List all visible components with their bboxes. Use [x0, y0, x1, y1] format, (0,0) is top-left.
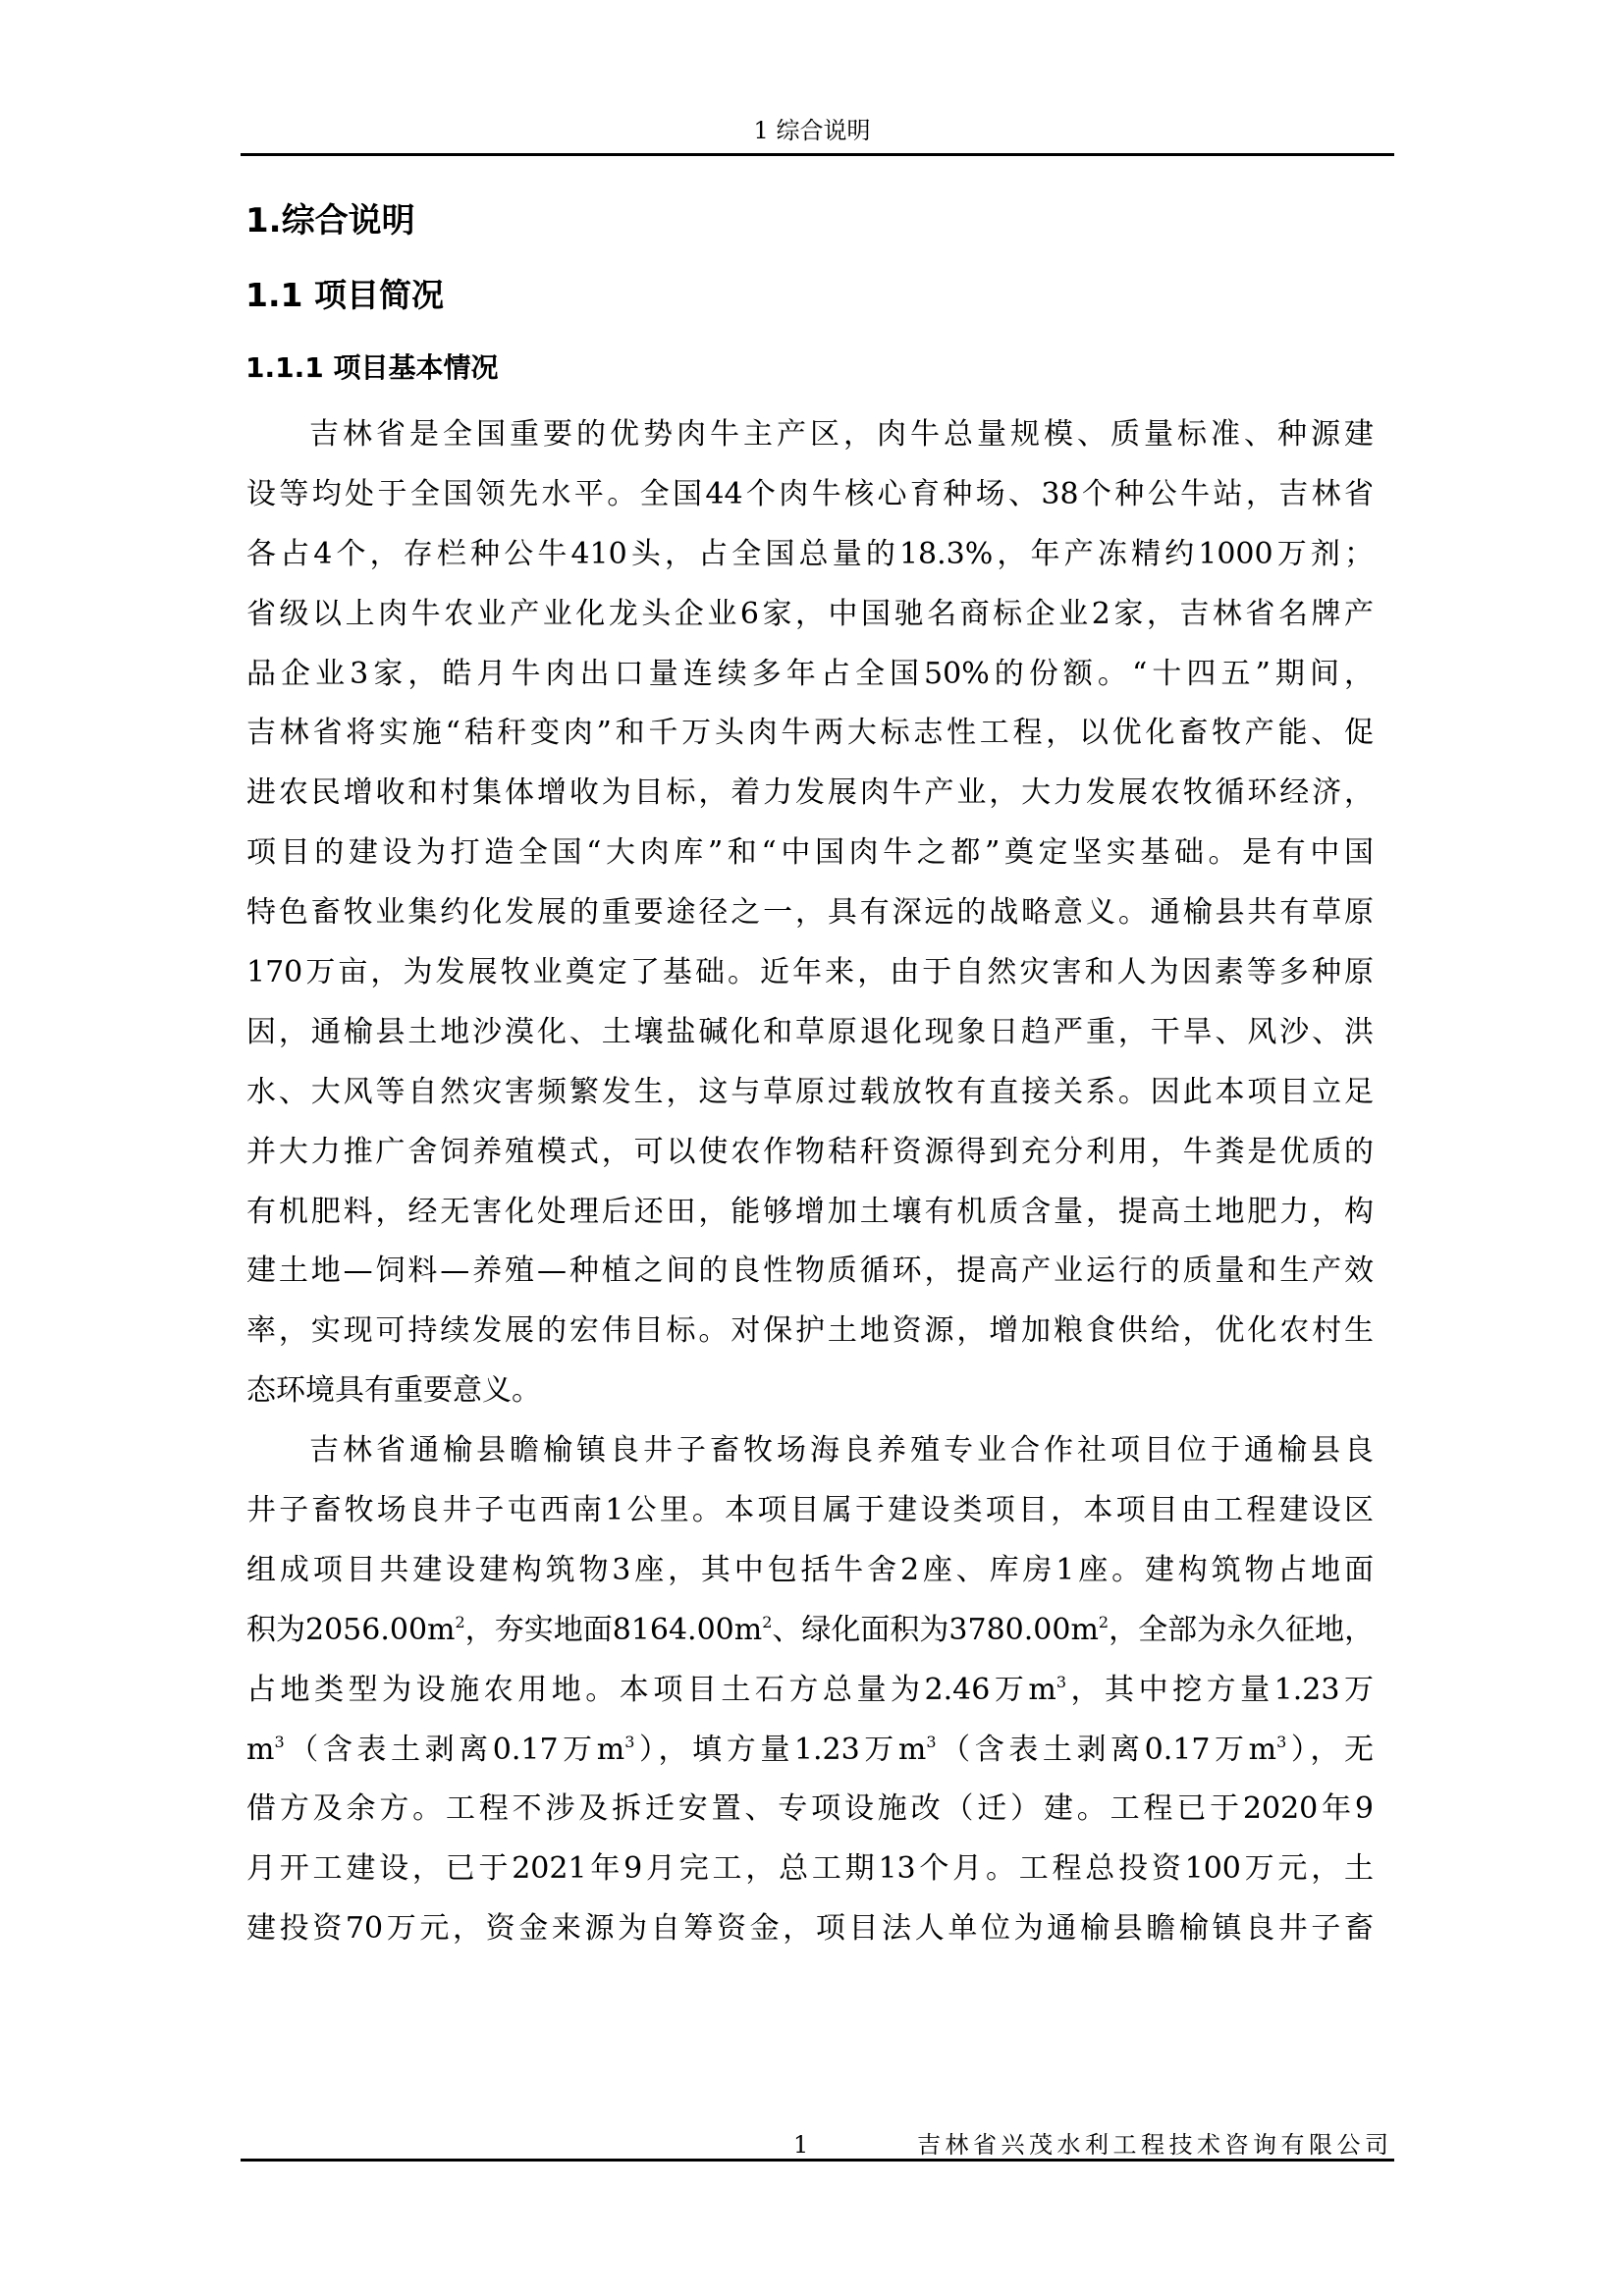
area-value: 3780.00m — [948, 1613, 1099, 1647]
text-line: 组成项目共建设建构筑物3座，其中包括牛舍2座、库房1座。建构筑物占地面 — [246, 1541, 1374, 1601]
text-span: ，其中挖方量1.23万 — [1066, 1673, 1374, 1707]
chapter-heading: 1.综合说明 — [245, 199, 415, 242]
text-span: 、绿化面积为 — [772, 1613, 948, 1647]
text-line: 特色畜牧业集约化发展的重要途径之一，具有深远的战略意义。通榆县共有草原 — [246, 883, 1374, 943]
text-line: 各占4个，存栏种公牛410头，占全国总量的18.3%，年产冻精约1000万剂； — [246, 525, 1374, 585]
text-line: 170万亩，为发展牧业奠定了基础。近年来，由于自然灾害和人为因素等多种原 — [246, 943, 1374, 1003]
text-span: （含表土剥离0.17万m — [937, 1733, 1277, 1767]
text-span: （含表土剥离0.17万m — [285, 1733, 625, 1767]
superscript: 2 — [456, 1613, 465, 1631]
text-span: 积为 — [246, 1613, 305, 1647]
footer-company: 吉林省兴茂水利工程技术咨询有限公司 — [917, 2130, 1388, 2160]
text-line: 吉林省将实施“秸秆变肉”和千万头肉牛两大标志性工程，以优化畜牧产能、促 — [246, 704, 1374, 764]
text-line-earthwork: m3（含表土剥离0.17万m3），填方量1.23万m3（含表土剥离0.17万m3… — [246, 1721, 1374, 1781]
text-line-earthwork: 占地类型为设施农用地。本项目土石方总量为2.46万m3，其中挖方量1.23万 — [246, 1661, 1374, 1721]
superscript: 2 — [1099, 1613, 1109, 1631]
text-line: 态环境具有重要意义。 — [246, 1362, 1374, 1421]
superscript: 3 — [1276, 1733, 1286, 1751]
text-line: 进农民增收和村集体增收为目标，着力发展肉牛产业，大力发展农牧循环经济， — [246, 764, 1374, 824]
text-line: 井子畜牧场良井子屯西南1公里。本项目属于建设类项目，本项目由工程建设区 — [246, 1481, 1374, 1541]
text-line: 品企业3家，皓月牛肉出口量连续多年占全国50%的份额。“十四五”期间， — [246, 645, 1374, 705]
text-line: 月开工建设，已于2021年9月完工，总工期13个月。工程总投资100万元，土 — [246, 1840, 1374, 1899]
text-span: 占地类型为设施农用地。本项目土石方总量为2.46万m — [246, 1673, 1056, 1707]
superscript: 3 — [274, 1733, 284, 1751]
text-line: 设等均处于全国领先水平。全国44个肉牛核心育种场、38个种公牛站，吉林省 — [246, 465, 1374, 525]
text-span: ，夯实地面 — [465, 1613, 613, 1647]
text-span: ），填方量1.23万m — [634, 1733, 926, 1767]
text-line: 省级以上肉牛农业产业化龙头企业6家，中国驰名商标企业2家，吉林省名牌产 — [246, 585, 1374, 645]
text-line: 吉林省是全国重要的优势肉牛主产区，肉牛总量规模、质量标准、种源建 — [246, 405, 1374, 465]
text-line: 项目的建设为打造全国“大肉库”和“中国肉牛之都”奠定坚实基础。是有中国 — [246, 824, 1374, 883]
header-rule — [241, 153, 1394, 156]
body-text: 吉林省是全国重要的优势肉牛主产区，肉牛总量规模、质量标准、种源建 设等均处于全国… — [246, 405, 1374, 1959]
text-line: 借方及余方。工程不涉及拆迁安置、专项设施改（迁）建。工程已于2020年9 — [246, 1780, 1374, 1840]
text-line: 并大力推广舍饲养殖模式，可以使农作物秸秆资源得到充分利用，牛粪是优质的 — [246, 1123, 1374, 1183]
text-span: ，全部为永久征地， — [1109, 1613, 1374, 1647]
text-span: ），无 — [1286, 1733, 1374, 1767]
text-line-areas: 积为2056.00m2，夯实地面8164.00m2、绿化面积为3780.00m2… — [246, 1601, 1374, 1661]
text-line: 因，通榆县土地沙漠化、土壤盐碱化和草原退化现象日趋严重，干旱、风沙、洪 — [246, 1003, 1374, 1063]
superscript: 3 — [1056, 1673, 1066, 1691]
text-line: 水、大风等自然灾害频繁发生，这与草原过载放牧有直接关系。因此本项目立足 — [246, 1063, 1374, 1123]
document-page: 1 综合说明 1.综合说明 1.1 项目简况 1.1.1 项目基本情况 吉林省是… — [0, 0, 1624, 2296]
text-line: 吉林省通榆县瞻榆镇良井子畜牧场海良养殖专业合作社项目位于通榆县良 — [246, 1421, 1374, 1481]
superscript: 3 — [624, 1733, 634, 1751]
page-number: 1 — [793, 2130, 808, 2160]
footer-rule — [241, 2159, 1394, 2162]
text-line: 建投资70万元，资金来源为自筹资金，项目法人单位为通榆县瞻榆镇良井子畜 — [246, 1899, 1374, 1959]
area-value: 8164.00m — [613, 1613, 763, 1647]
superscript: 2 — [762, 1613, 772, 1631]
text-line: 建土地—饲料—养殖—种植之间的良性物质循环，提高产业运行的质量和生产效 — [246, 1242, 1374, 1302]
superscript: 3 — [926, 1733, 936, 1751]
text-line: 率，实现可持续发展的宏伟目标。对保护土地资源，增加粮食供给，优化农村生 — [246, 1302, 1374, 1362]
area-value: 2056.00m — [305, 1613, 456, 1647]
section-heading: 1.1 项目简况 — [245, 274, 444, 317]
running-header: 1 综合说明 — [0, 114, 1624, 147]
text-span: m — [246, 1733, 274, 1767]
subsection-heading: 1.1.1 项目基本情况 — [245, 349, 498, 387]
text-line: 有机肥料，经无害化处理后还田，能够增加土壤有机质含量，提高土地肥力，构 — [246, 1183, 1374, 1243]
